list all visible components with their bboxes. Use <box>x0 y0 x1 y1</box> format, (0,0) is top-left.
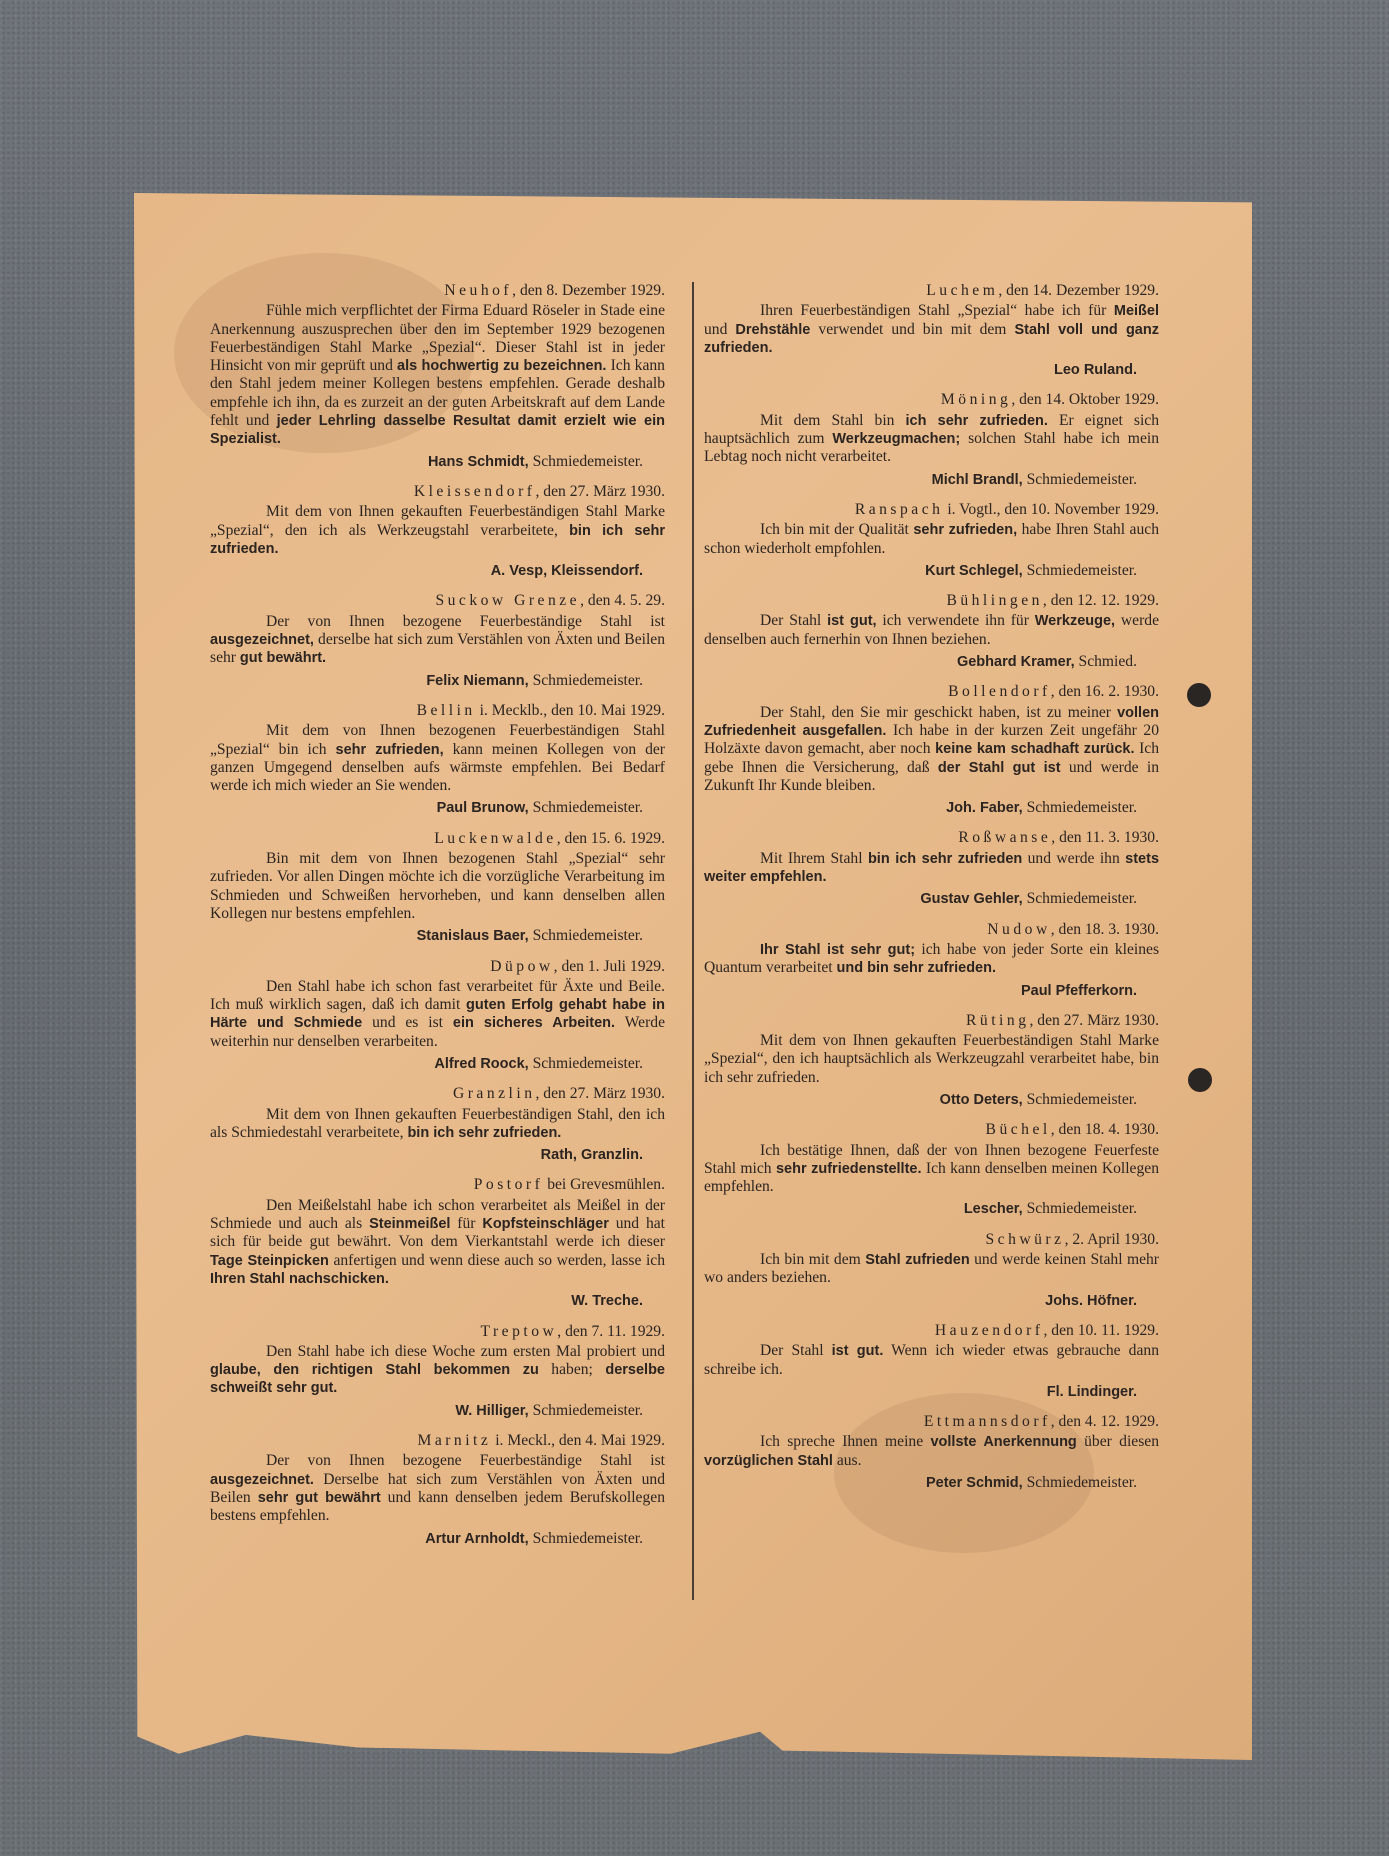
signer-name: Kurt Schlegel, <box>925 563 1023 579</box>
signer-name: Hans Schmidt, <box>428 454 529 470</box>
testimonial-entry: Bühlingen, den 12. 12. 1929.Der Stahl is… <box>704 592 1159 671</box>
signer-name: A. Vesp, Kleissendorf. <box>491 563 643 579</box>
testimonial-text: Mit dem von Ihnen gekauften Feuerbeständ… <box>210 503 665 558</box>
testimonial-text: Der von Ihnen bezogene Feuerbeständige S… <box>210 1452 665 1525</box>
text-segment: Der Stahl, den Sie mir geschickt haben, … <box>760 704 1117 721</box>
letter-date: , 2. April 1930. <box>1065 1231 1159 1248</box>
emphasized-text: Stahl zufrieden <box>865 1252 969 1268</box>
signature-line: Paul Pfefferkorn. <box>704 982 1159 1000</box>
signer-title: Schmied. <box>1075 653 1137 670</box>
letter-date: , den 15. 6. 1929. <box>557 830 665 847</box>
place-date-line: Kleissendorf, den 27. März 1930. <box>210 483 665 501</box>
testimonial-entry: Luckenwalde, den 15. 6. 1929.Bin mit dem… <box>210 830 665 946</box>
town-name: Bellin <box>417 702 476 719</box>
testimonial-entry: Hauzendorf, den 10. 11. 1929.Der Stahl i… <box>704 1322 1159 1401</box>
signature-line: Fl. Lindinger. <box>704 1383 1159 1401</box>
letter-date: , den 7. 11. 1929. <box>557 1323 665 1340</box>
signer-name: Peter Schmid, <box>926 1475 1023 1491</box>
town-name: Suckow Grenze <box>435 592 580 609</box>
text-segment: aus. <box>833 1452 862 1469</box>
signature-line: Joh. Faber, Schmiedemeister. <box>704 799 1159 817</box>
testimonial-text: Bin mit dem von Ihnen bezogenen Stahl „S… <box>210 850 665 923</box>
testimonial-text: Ich bin mit dem Stahl zufrieden und werd… <box>704 1251 1159 1288</box>
place-date-line: Treptow, den 7. 11. 1929. <box>210 1323 665 1341</box>
town-name: Hauzendorf <box>935 1322 1044 1339</box>
emphasized-text: Werkzeuge, <box>1035 613 1115 629</box>
emphasized-text: Drehstähle <box>735 322 810 338</box>
town-name: Roßwanse <box>958 829 1051 846</box>
signature-line: Michl Brandl, Schmiedemeister. <box>704 471 1159 489</box>
letter-date: , den 12. 12. 1929. <box>1043 592 1159 609</box>
letter-date: , den 1. Juli 1929. <box>554 958 665 975</box>
place-date-line: Luckenwalde, den 15. 6. 1929. <box>210 830 665 848</box>
signer-name: Fl. Lindinger. <box>1047 1384 1137 1400</box>
testimonial-text: Fühle mich verpflichtet der Firma Eduard… <box>210 302 665 448</box>
town-name: Büchel <box>986 1121 1051 1138</box>
signer-title: Schmiedemeister. <box>1023 1200 1137 1217</box>
signer-name: W. Hilliger, <box>455 1403 528 1419</box>
text-segment: Ich bin mit dem <box>760 1251 865 1268</box>
signer-name: Alfred Roock, <box>434 1056 528 1072</box>
testimonial-text: Ihr Stahl ist sehr gut; ich habe von jed… <box>704 941 1159 978</box>
emphasized-text: ausgezeichnet, <box>210 632 314 648</box>
testimonial-entry: Rüting, den 27. März 1930.Mit dem von Ih… <box>704 1012 1159 1109</box>
place-date-line: Neuhof, den 8. Dezember 1929. <box>210 282 665 300</box>
place-date-line: Schwürz, 2. April 1930. <box>704 1231 1159 1249</box>
testimonial-text: Mit Ihrem Stahl bin ich sehr zufrieden u… <box>704 850 1159 887</box>
town-name: Postorf <box>474 1176 544 1193</box>
letter-date: i. Mecklb., den 10. Mai 1929. <box>476 702 665 719</box>
town-name: Luckenwalde <box>434 830 557 847</box>
signature-line: W. Treche. <box>210 1292 665 1310</box>
testimonial-entry: Düpow, den 1. Juli 1929.Den Stahl habe i… <box>210 958 665 1074</box>
signature-line: W. Hilliger, Schmiedemeister. <box>210 1402 665 1420</box>
place-date-line: Möning, den 14. Oktober 1929. <box>704 391 1159 409</box>
town-name: Ranspach <box>855 501 944 518</box>
text-segment: für <box>450 1215 482 1232</box>
emphasized-text: Werkzeugmachen; <box>832 431 960 447</box>
emphasized-text: vorzüglichen Stahl <box>704 1453 833 1469</box>
signer-title: Schmiedemeister. <box>1023 562 1137 579</box>
letter-date: i. Vogtl., den 10. November 1929. <box>943 501 1159 518</box>
place-date-line: Ettmannsdorf, den 4. 12. 1929. <box>704 1413 1159 1431</box>
signer-title: Schmiedemeister. <box>1023 799 1137 816</box>
signature-line: Kurt Schlegel, Schmiedemeister. <box>704 562 1159 580</box>
text-segment: verwendet und bin mit dem <box>810 321 1014 338</box>
testimonial-entry: Granzlin, den 27. März 1930.Mit dem von … <box>210 1085 665 1164</box>
signature-line: Paul Brunow, Schmiedemeister. <box>210 799 665 817</box>
signer-title: Schmiedemeister. <box>529 453 643 470</box>
testimonial-entry: Bollendorf, den 16. 2. 1930.Der Stahl, d… <box>704 683 1159 817</box>
town-name: Luchem <box>926 282 998 299</box>
signature-line: Otto Deters, Schmiedemeister. <box>704 1091 1159 1109</box>
letter-date: , den 18. 4. 1930. <box>1051 1121 1159 1138</box>
testimonial-text: Ihren Feuerbeständigen Stahl „Spezial“ h… <box>704 302 1159 357</box>
town-name: Schwürz <box>985 1231 1064 1248</box>
emphasized-text: bin ich sehr zufrieden <box>868 851 1022 867</box>
place-date-line: Ranspach i. Vogtl., den 10. November 192… <box>704 501 1159 519</box>
town-name: Ettmannsdorf <box>924 1413 1051 1430</box>
emphasized-text: gut bewährt. <box>240 650 326 666</box>
signature-line: Lescher, Schmiedemeister. <box>704 1200 1159 1218</box>
letter-date: , den 11. 3. 1930. <box>1051 829 1159 846</box>
signature-line: Hans Schmidt, Schmiedemeister. <box>210 453 665 471</box>
text-segment: Der von Ihnen bezogene Feuerbeständige S… <box>266 1452 665 1469</box>
signature-line: Artur Arnholdt, Schmiedemeister. <box>210 1530 665 1548</box>
text-segment: und werde ihn <box>1022 850 1125 867</box>
text-segment: Ihren Feuerbeständigen Stahl „Spezial“ h… <box>760 302 1114 319</box>
letter-date: , den 4. 5. 29. <box>580 592 665 609</box>
testimonial-entry: Ranspach i. Vogtl., den 10. November 192… <box>704 501 1159 580</box>
town-name: Marnitz <box>417 1432 491 1449</box>
signature-line: Gustav Gehler, Schmiedemeister. <box>704 890 1159 908</box>
signer-name: W. Treche. <box>571 1293 643 1309</box>
signer-name: Joh. Faber, <box>946 800 1023 816</box>
letter-date: , den 14. Dezember 1929. <box>998 282 1159 299</box>
testimonial-entry: Ettmannsdorf, den 4. 12. 1929.Ich sprech… <box>704 1413 1159 1492</box>
emphasized-text: ein sicheres Arbeiten. <box>453 1015 615 1031</box>
signature-line: Peter Schmid, Schmiedemeister. <box>704 1474 1159 1492</box>
testimonial-text: Mit dem von Ihnen gekauften Feuerbeständ… <box>210 1106 665 1143</box>
place-date-line: Marnitz i. Meckl., den 4. Mai 1929. <box>210 1432 665 1450</box>
town-name: Möning <box>941 391 1011 408</box>
signer-title: Schmiedemeister. <box>1023 890 1137 907</box>
testimonial-entry: Luchem, den 14. Dezember 1929.Ihren Feue… <box>704 282 1159 379</box>
emphasized-text: ist gut, <box>827 613 876 629</box>
signature-line: Gebhard Kramer, Schmied. <box>704 653 1159 671</box>
testimonial-entry: Treptow, den 7. 11. 1929.Den Stahl habe … <box>210 1323 665 1420</box>
testimonial-text: Der Stahl ist gut. Wenn ich wieder etwas… <box>704 1342 1159 1379</box>
emphasized-text: ausgezeichnet. <box>210 1472 314 1488</box>
text-segment: haben; <box>539 1361 606 1378</box>
signer-title: Schmiedemeister. <box>529 1055 643 1072</box>
testimonial-text: Der Stahl ist gut, ich verwendete ihn fü… <box>704 612 1159 649</box>
testimonial-entry: Neuhof, den 8. Dezember 1929.Fühle mich … <box>210 282 665 471</box>
signer-name: Paul Brunow, <box>437 800 529 816</box>
testimonial-text: Den Meißelstahl habe ich schon verarbeit… <box>210 1197 665 1288</box>
testimonial-entry: Schwürz, 2. April 1930.Ich bin mit dem S… <box>704 1231 1159 1310</box>
testimonial-text: Den Stahl habe ich diese Woche zum erste… <box>210 1343 665 1398</box>
text-segment: anfertigen und wenn diese auch so werden… <box>329 1252 665 1269</box>
testimonial-text: Der Stahl, den Sie mir geschickt haben, … <box>704 704 1159 795</box>
testimonial-entry: Möning, den 14. Oktober 1929.Mit dem Sta… <box>704 391 1159 488</box>
town-name: Neuhof <box>444 282 512 299</box>
emphasized-text: sehr gut bewährt <box>258 1490 381 1506</box>
punch-hole <box>1188 1068 1212 1092</box>
signer-name: Paul Pfefferkorn. <box>1021 983 1137 999</box>
town-name: Rüting <box>966 1012 1029 1029</box>
letter-date: bei Grevesmühlen. <box>543 1176 665 1193</box>
emphasized-text: vollste Anerkennung <box>930 1434 1076 1450</box>
emphasized-text: sehr zufriedenstellte. <box>776 1161 922 1177</box>
text-segment: Mit dem von Ihnen gekauften Feuerbeständ… <box>704 1032 1159 1086</box>
place-date-line: Bellin i. Mecklb., den 10. Mai 1929. <box>210 702 665 720</box>
emphasized-text: glaube, den richtigen Stahl bekommen zu <box>210 1362 539 1378</box>
text-segment: Den Stahl habe ich diese Woche zum erste… <box>266 1343 665 1360</box>
emphasized-text: Kopfsteinschläger <box>482 1216 609 1232</box>
signature-line: Rath, Granzlin. <box>210 1146 665 1164</box>
text-segment: Ich spreche Ihnen meine <box>760 1433 930 1450</box>
signer-name: Gustav Gehler, <box>920 891 1022 907</box>
emphasized-text: bin ich sehr zufrieden. <box>407 1125 561 1141</box>
place-date-line: Roßwanse, den 11. 3. 1930. <box>704 829 1159 847</box>
letter-date: , den 27. März 1930. <box>536 483 666 500</box>
testimonial-entry: Postorf bei Grevesmühlen.Den Meißelstahl… <box>210 1176 665 1310</box>
right-column: Luchem, den 14. Dezember 1929.Ihren Feue… <box>704 282 1159 1504</box>
letter-date: , den 18. 3. 1930. <box>1051 921 1159 938</box>
letter-date: , den 10. 11. 1929. <box>1044 1322 1160 1339</box>
signer-name: Michl Brandl, <box>932 472 1023 488</box>
town-name: Bollendorf <box>948 683 1051 700</box>
emphasized-text: ist gut. <box>832 1343 884 1359</box>
emphasized-text: jeder Lehrling dasselbe Resultat damit e… <box>210 413 665 447</box>
place-date-line: Hauzendorf, den 10. 11. 1929. <box>704 1322 1159 1340</box>
testimonial-entry: Nudow, den 18. 3. 1930.Ihr Stahl ist seh… <box>704 921 1159 1000</box>
town-name: Nudow <box>987 921 1050 938</box>
signer-title: Schmiedemeister. <box>529 1402 643 1419</box>
text-segment: Mit Ihrem Stahl <box>760 850 868 867</box>
testimonial-text: Mit dem von Ihnen bezogenen Feuerbeständ… <box>210 722 665 795</box>
testimonial-text: Ich bestätige Ihnen, daß der von Ihnen b… <box>704 1142 1159 1197</box>
testimonial-entry: Kleissendorf, den 27. März 1930.Mit dem … <box>210 483 665 580</box>
letter-date: , den 14. Oktober 1929. <box>1011 391 1159 408</box>
emphasized-text: Meißel <box>1114 303 1159 319</box>
emphasized-text: als hochwertig zu bezeichnen. <box>397 358 606 374</box>
letter-date: , den 4. 12. 1929. <box>1051 1413 1159 1430</box>
signer-title: Schmiedemeister. <box>529 799 643 816</box>
text-segment: Der Stahl <box>760 612 827 629</box>
signer-title: Schmiedemeister. <box>1023 1474 1137 1491</box>
testimonial-entry: Büchel, den 18. 4. 1930.Ich bestätige Ih… <box>704 1121 1159 1218</box>
text-segment: Ich bin mit der Qualität <box>760 521 913 538</box>
letter-date: , den 16. 2. 1930. <box>1051 683 1159 700</box>
text-segment: ich verwendete ihn für <box>877 612 1035 629</box>
signer-title: Schmiedemeister. <box>1023 1091 1137 1108</box>
signer-name: Leo Ruland. <box>1054 362 1137 378</box>
signature-line: Stanislaus Baer, Schmiedemeister. <box>210 927 665 945</box>
testimonial-entry: Marnitz i. Meckl., den 4. Mai 1929.Der v… <box>210 1432 665 1548</box>
place-date-line: Suckow Grenze, den 4. 5. 29. <box>210 592 665 610</box>
letter-date: , den 27. März 1930. <box>536 1085 666 1102</box>
testimonial-entry: Roßwanse, den 11. 3. 1930.Mit Ihrem Stah… <box>704 829 1159 908</box>
testimonial-text: Den Stahl habe ich schon fast verarbeite… <box>210 978 665 1051</box>
signer-title: Schmiedemeister. <box>1023 471 1137 488</box>
emphasized-text: Ihr Stahl ist sehr gut; <box>760 942 915 958</box>
signer-name: Felix Niemann, <box>426 673 528 689</box>
emphasized-text: ich sehr zufrieden. <box>906 413 1048 429</box>
text-segment: Bin mit dem von Ihnen bezogenen Stahl „S… <box>210 850 665 922</box>
place-date-line: Düpow, den 1. Juli 1929. <box>210 958 665 976</box>
text-segment: Der Stahl <box>760 1342 832 1359</box>
emphasized-text: Tage Steinpicken <box>210 1253 329 1269</box>
testimonial-text: Der von Ihnen bezogene Feuerbeständige S… <box>210 613 665 668</box>
emphasized-text: keine kam schadhaft zurück. <box>935 741 1134 757</box>
punch-hole <box>1187 683 1211 707</box>
signer-title: Schmiedemeister. <box>529 927 643 944</box>
signature-line: A. Vesp, Kleissendorf. <box>210 562 665 580</box>
signer-name: Artur Arnholdt, <box>425 1531 528 1547</box>
letter-date: i. Meckl., den 4. Mai 1929. <box>491 1432 665 1449</box>
testimonial-entry: Suckow Grenze, den 4. 5. 29.Der von Ihne… <box>210 592 665 689</box>
place-date-line: Granzlin, den 27. März 1930. <box>210 1085 665 1103</box>
text-segment: und <box>704 321 735 338</box>
town-name: Bühlingen <box>946 592 1042 609</box>
emphasized-text: und bin sehr zufrieden. <box>837 960 997 976</box>
signature-line: Felix Niemann, Schmiedemeister. <box>210 672 665 690</box>
signer-name: Gebhard Kramer, <box>957 654 1075 670</box>
town-name: Treptow <box>481 1323 558 1340</box>
signer-name: Johs. Höfner. <box>1045 1293 1137 1309</box>
place-date-line: Postorf bei Grevesmühlen. <box>210 1176 665 1194</box>
testimonial-text: Ich bin mit der Qualität sehr zufrieden,… <box>704 521 1159 558</box>
emphasized-text: der Stahl gut ist <box>938 760 1061 776</box>
place-date-line: Luchem, den 14. Dezember 1929. <box>704 282 1159 300</box>
emphasized-text: sehr zufrieden, <box>336 742 444 758</box>
testimonial-text: Mit dem von Ihnen gekauften Feuerbeständ… <box>704 1032 1159 1087</box>
place-date-line: Rüting, den 27. März 1930. <box>704 1012 1159 1030</box>
testimonial-text: Ich spreche Ihnen meine vollste Anerkenn… <box>704 1433 1159 1470</box>
signer-name: Rath, Granzlin. <box>541 1147 643 1163</box>
signature-line: Leo Ruland. <box>704 361 1159 379</box>
town-name: Kleissendorf <box>414 483 536 500</box>
signature-line: Alfred Roock, Schmiedemeister. <box>210 1055 665 1073</box>
signature-line: Johs. Höfner. <box>704 1292 1159 1310</box>
town-name: Düpow <box>490 958 553 975</box>
testimonial-entry: Bellin i. Mecklb., den 10. Mai 1929.Mit … <box>210 702 665 818</box>
text-segment: Der von Ihnen bezogene Feuerbeständige S… <box>266 613 665 630</box>
signer-name: Otto Deters, <box>940 1092 1023 1108</box>
place-date-line: Büchel, den 18. 4. 1930. <box>704 1121 1159 1139</box>
text-segment: und es ist <box>362 1014 453 1031</box>
town-name: Granzlin <box>453 1085 536 1102</box>
place-date-line: Bollendorf, den 16. 2. 1930. <box>704 683 1159 701</box>
letter-date: , den 27. März 1930. <box>1030 1012 1160 1029</box>
testimonial-text: Mit dem Stahl bin ich sehr zufrieden. Er… <box>704 412 1159 467</box>
text-segment: Mit dem Stahl bin <box>760 412 906 429</box>
emphasized-text: Ihren Stahl nachschicken. <box>210 1271 389 1287</box>
signer-name: Stanislaus Baer, <box>417 928 529 944</box>
column-divider <box>692 282 694 1600</box>
signer-title: Schmiedemeister. <box>529 1530 643 1547</box>
left-column: Neuhof, den 8. Dezember 1929.Fühle mich … <box>210 282 665 1560</box>
place-date-line: Nudow, den 18. 3. 1930. <box>704 921 1159 939</box>
letter-date: , den 8. Dezember 1929. <box>512 282 665 299</box>
emphasized-text: Steinmeißel <box>369 1216 450 1232</box>
place-date-line: Bühlingen, den 12. 12. 1929. <box>704 592 1159 610</box>
emphasized-text: sehr zufrieden, <box>913 522 1017 538</box>
text-segment: über diesen <box>1077 1433 1159 1450</box>
signer-title: Schmiedemeister. <box>529 672 643 689</box>
signer-name: Lescher, <box>964 1201 1023 1217</box>
